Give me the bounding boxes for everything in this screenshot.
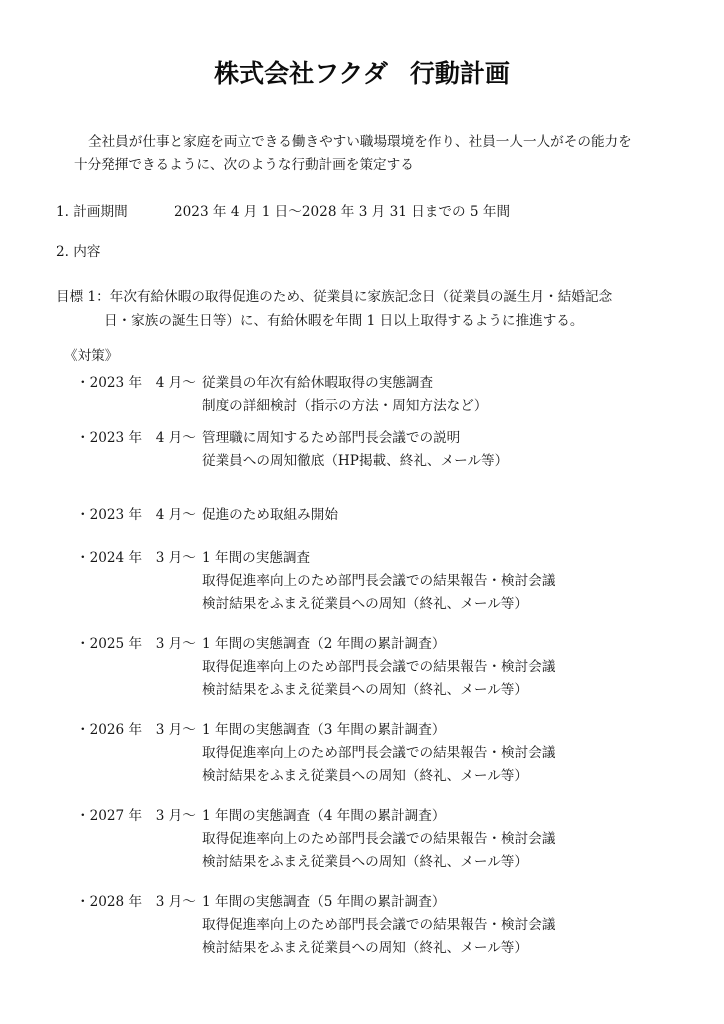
measure-line: 取得促進率向上のため部門長会議での結果報告・検討会議	[202, 914, 555, 937]
measure-line: 制度の詳細検討（指示の方法・周知方法など）	[202, 395, 487, 418]
measure-line: 従業員の年次有給休暇取得の実態調査	[202, 372, 487, 395]
measure-line: 検討結果をふまえ従業員への周知（終礼、メール等）	[202, 679, 555, 702]
measure-line: 取得促進率向上のため部門長会議での結果報告・検討会議	[202, 570, 555, 593]
measure-line: 取得促進率向上のため部門長会議での結果報告・検討会議	[202, 828, 555, 851]
measure-line: 促進のため取組み開始	[202, 504, 338, 527]
measure-lines: 1 年間の実態調査（2 年間の累計調査） 取得促進率向上のため部門長会議での結果…	[202, 633, 555, 702]
measure-date: ・2028 年 3 月～	[76, 891, 196, 913]
measure-line: 管理職に周知するため部門長会議での説明	[202, 427, 508, 450]
plan-period-label: 1. 計画期間	[56, 201, 174, 223]
content-heading: 2. 内容	[56, 241, 100, 263]
measure-date: ・2027 年 3 月～	[76, 805, 196, 827]
measure-line: 検討結果をふまえ従業員への周知（終礼、メール等）	[202, 937, 555, 960]
measure-date: ・2025 年 3 月～	[76, 633, 196, 655]
measure-lines: 従業員の年次有給休暇取得の実態調査 制度の詳細検討（指示の方法・周知方法など）	[202, 372, 487, 418]
measure-lines: 1 年間の実態調査（5 年間の累計調査） 取得促進率向上のため部門長会議での結果…	[202, 891, 555, 960]
measure-line: 1 年間の実態調査	[202, 547, 555, 570]
page-title: 株式会社フクダ行動計画	[0, 54, 724, 90]
measure-lines: 管理職に周知するため部門長会議での説明 従業員への周知徹底（HP掲載、終礼、メー…	[202, 427, 508, 473]
intro-line-2: 十分発揮できるように、次のような行動計画を策定する	[74, 154, 414, 176]
measure-date: ・2023 年 4 月～	[76, 372, 196, 394]
measure-date: ・2023 年 4 月～	[76, 427, 196, 449]
measure-line: 1 年間の実態調査（3 年間の累計調査）	[202, 719, 555, 742]
measure-line: 1 年間の実態調査（5 年間の累計調査）	[202, 891, 555, 914]
title-company: 株式会社フクダ	[214, 59, 388, 88]
measure-lines: 促進のため取組み開始	[202, 504, 338, 527]
measure-date: ・2026 年 3 月～	[76, 719, 196, 741]
measure-line: 1 年間の実態調査（4 年間の累計調査）	[202, 805, 555, 828]
measure-lines: 1 年間の実態調査（3 年間の累計調査） 取得促進率向上のため部門長会議での結果…	[202, 719, 555, 788]
measure-line: 検討結果をふまえ従業員への周知（終礼、メール等）	[202, 765, 555, 788]
measures-heading: 《対策》	[64, 345, 118, 367]
measure-line: 取得促進率向上のため部門長会議での結果報告・検討会議	[202, 742, 555, 765]
measure-line: 検討結果をふまえ従業員への周知（終礼、メール等）	[202, 851, 555, 874]
measure-lines: 1 年間の実態調査 取得促進率向上のため部門長会議での結果報告・検討会議 検討結…	[202, 547, 555, 616]
plan-period-value: 2023 年 4 月 1 日～2028 年 3 月 31 日までの 5 年間	[174, 204, 510, 220]
measure-date: ・2024 年 3 月～	[76, 547, 196, 569]
measure-line: 取得促進率向上のため部門長会議での結果報告・検討会議	[202, 656, 555, 679]
plan-period: 1. 計画期間2023 年 4 月 1 日～2028 年 3 月 31 日までの…	[56, 201, 510, 223]
measure-date: ・2023 年 4 月～	[76, 504, 196, 526]
document-page: 株式会社フクダ行動計画 全社員が仕事と家庭を両立できる働きやすい職場環境を作り、…	[0, 0, 724, 1024]
measure-lines: 1 年間の実態調査（4 年間の累計調査） 取得促進率向上のため部門長会議での結果…	[202, 805, 555, 874]
measure-line: 1 年間の実態調査（2 年間の累計調査）	[202, 633, 555, 656]
goal-1-line-1: 目標 1：年次有給休暇の取得促進のため、従業員に家族記念日（従業員の誕生月・結婚…	[56, 286, 612, 308]
measure-line: 検討結果をふまえ従業員への周知（終礼、メール等）	[202, 593, 555, 616]
goal-1-line-2: 日・家族の誕生日等）に、有給休暇を年間 1 日以上取得するように推進する。	[104, 310, 583, 332]
intro-line-1: 全社員が仕事と家庭を両立できる働きやすい職場環境を作り、社員一人一人がその能力を	[88, 131, 632, 153]
title-plan: 行動計画	[410, 59, 510, 88]
measure-line: 従業員への周知徹底（HP掲載、終礼、メール等）	[202, 450, 508, 473]
